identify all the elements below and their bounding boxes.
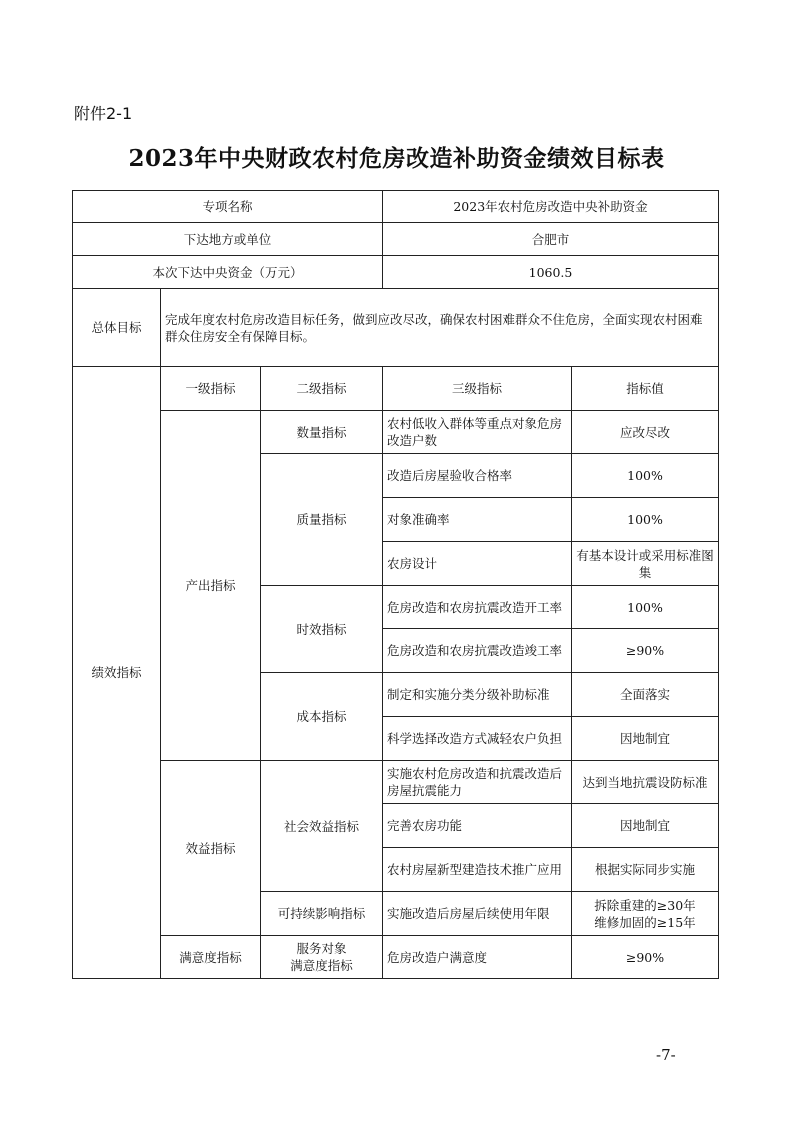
- info-label: 本次下达中央资金（万元）: [72, 255, 383, 289]
- info-value: 合肥市: [382, 222, 719, 256]
- level2-sustainability: 可持续影响指标: [260, 891, 383, 936]
- level3-cell: 农村房屋新型建造技术推广应用: [382, 847, 572, 892]
- level3-cell: 制定和实施分类分级补助标准: [382, 672, 572, 717]
- level2-quantity: 数量指标: [260, 410, 383, 454]
- level3-cell: 危房改造和农房抗震改造开工率: [382, 585, 572, 629]
- level3-cell: 改造后房屋验收合格率: [382, 453, 572, 498]
- info-label: 下达地方或单位: [72, 222, 383, 256]
- level1-satisfaction: 满意度指标: [160, 935, 261, 979]
- value-cell: 100%: [571, 497, 719, 542]
- header-level1: 一级指标: [160, 366, 261, 411]
- performance-label: 绩效指标: [72, 366, 161, 979]
- info-label: 专项名称: [72, 190, 383, 223]
- level3-cell: 对象准确率: [382, 497, 572, 542]
- header-value: 指标值: [571, 366, 719, 411]
- level3-cell: 危房改造和农房抗震改造竣工率: [382, 628, 572, 673]
- header-level2: 二级指标: [260, 366, 383, 411]
- level2-quality: 质量指标: [260, 453, 383, 586]
- level2-service-satisfaction: 服务对象 满意度指标: [260, 935, 383, 979]
- value-cell: 因地制宜: [571, 803, 719, 848]
- value-cell: 因地制宜: [571, 716, 719, 761]
- level3-cell: 完善农房功能: [382, 803, 572, 848]
- level3-cell: 农房设计: [382, 541, 572, 586]
- page-number: -7-: [656, 1046, 676, 1064]
- level3-cell: 农村低收入群体等重点对象危房改造户数: [382, 410, 572, 454]
- info-value: 1060.5: [382, 255, 719, 289]
- overall-goal-label: 总体目标: [72, 288, 161, 367]
- level3-cell: 实施改造后房屋后续使用年限: [382, 891, 572, 936]
- level3-cell: 科学选择改造方式减轻农户负担: [382, 716, 572, 761]
- attachment-label: 附件2-1: [74, 101, 132, 124]
- value-cell: ≥90%: [571, 935, 719, 979]
- info-value: 2023年农村危房改造中央补助资金: [382, 190, 719, 223]
- value-cell: 应改尽改: [571, 410, 719, 454]
- level1-benefit: 效益指标: [160, 760, 261, 936]
- level1-output: 产出指标: [160, 410, 261, 761]
- overall-goal-text: 完成年度农村危房改造目标任务，做到应改尽改，确保农村困难群众不住危房，全面实现农…: [160, 288, 719, 367]
- level2-timeliness: 时效指标: [260, 585, 383, 673]
- value-cell: 有基本设计或采用标准图集: [571, 541, 719, 586]
- value-cell: 达到当地抗震设防标准: [571, 760, 719, 804]
- value-cell: 拆除重建的≥30年 维修加固的≥15年: [571, 891, 719, 936]
- value-cell: ≥90%: [571, 628, 719, 673]
- level2-cost: 成本指标: [260, 672, 383, 761]
- level2-social-benefit: 社会效益指标: [260, 760, 383, 892]
- value-cell: 根据实际同步实施: [571, 847, 719, 892]
- value-cell: 100%: [571, 453, 719, 498]
- value-cell: 全面落实: [571, 672, 719, 717]
- level3-cell: 实施农村危房改造和抗震改造后房屋抗震能力: [382, 760, 572, 804]
- page-title: 2023年中央财政农村危房改造补助资金绩效目标表: [0, 140, 793, 173]
- header-level3: 三级指标: [382, 366, 572, 411]
- level3-cell: 危房改造户满意度: [382, 935, 572, 979]
- value-cell: 100%: [571, 585, 719, 629]
